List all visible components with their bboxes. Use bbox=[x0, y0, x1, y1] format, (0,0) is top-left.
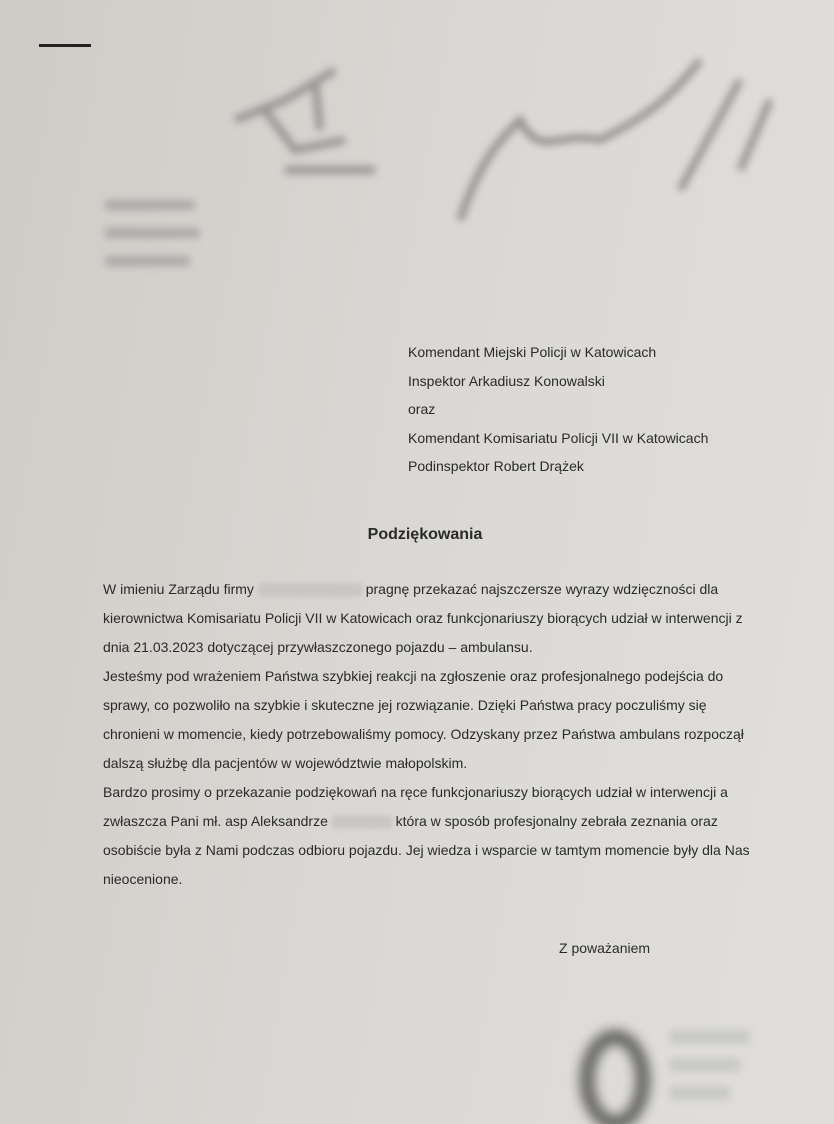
header-dash bbox=[39, 44, 91, 47]
letter-page: Komendant Miejski Policji w Katowicach I… bbox=[0, 0, 834, 1124]
paragraph-3: Bardzo prosimy o przekazanie podziękowań… bbox=[103, 778, 763, 894]
letter-body: W imieniu Zarządu firmy pragnę przekazać… bbox=[103, 575, 763, 894]
recipient-line: Komendant Miejski Policji w Katowicach bbox=[408, 338, 708, 367]
redacted-surname bbox=[332, 815, 392, 829]
blurred-sender-address bbox=[105, 200, 205, 280]
closing: Z poważaniem bbox=[559, 940, 650, 956]
letter-title: Podziękowania bbox=[0, 526, 834, 544]
recipient-line: Komendant Komisariatu Policji VII w Kato… bbox=[408, 424, 708, 453]
recipient-block: Komendant Miejski Policji w Katowicach I… bbox=[408, 338, 708, 481]
blurred-seal bbox=[580, 1030, 650, 1124]
paragraph-1: W imieniu Zarządu firmy pragnę przekazać… bbox=[103, 575, 763, 662]
recipient-line: Inspektor Arkadiusz Konowalski bbox=[408, 367, 708, 396]
blurred-signatory bbox=[670, 1030, 760, 1120]
blurred-signature bbox=[440, 40, 800, 240]
paragraph-2: Jesteśmy pod wrażeniem Państwa szybkiej … bbox=[103, 662, 763, 778]
redacted-company-name bbox=[258, 583, 362, 597]
blurred-stamp bbox=[225, 60, 415, 190]
recipient-line: Podinspektor Robert Drążek bbox=[408, 452, 708, 481]
recipient-line: oraz bbox=[408, 395, 708, 424]
